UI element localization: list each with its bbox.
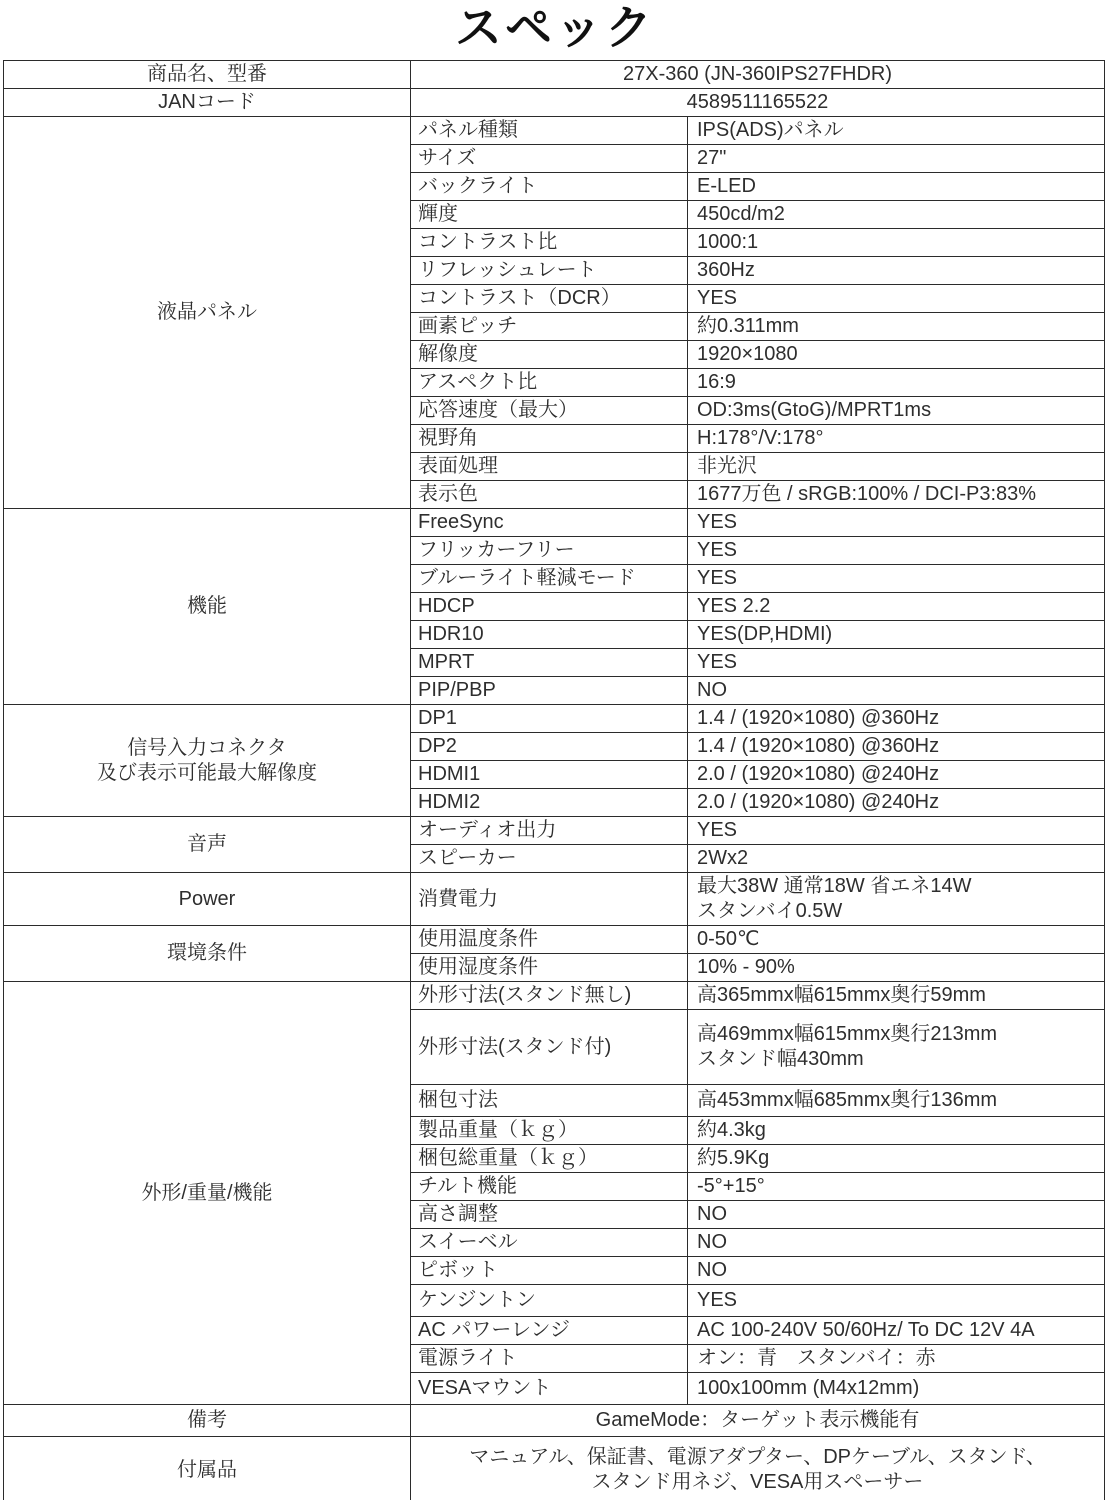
spec-name: 表示色 xyxy=(411,481,688,509)
spec-value: 100x100mm (M4x12mm) xyxy=(688,1373,1105,1405)
spec-value: 1.4 / (1920×1080) @360Hz xyxy=(688,705,1105,733)
page-title: スペック xyxy=(0,0,1110,60)
spec-value: 27" xyxy=(688,145,1105,173)
group-label-environment: 環境条件 xyxy=(4,926,411,982)
spec-sheet-page: スペック 商品名、型番 27X-360 (JN-360IPS27FHDR) JA… xyxy=(0,0,1110,1500)
spec-value: OD:3ms(GtoG)/MPRT1ms xyxy=(688,397,1105,425)
spec-value: 約0.311mm xyxy=(688,313,1105,341)
spec-value: 非光沢 xyxy=(688,453,1105,481)
spec-name: スイーベル xyxy=(411,1229,688,1257)
spec-name: 解像度 xyxy=(411,341,688,369)
spec-name: AC パワーレンジ xyxy=(411,1317,688,1345)
table-row: Power 消費電力 最大38W 通常18W 省エネ14W スタンバイ0.5W xyxy=(4,873,1105,926)
spec-value: IPS(ADS)パネル xyxy=(688,117,1105,145)
spec-value: H:178°/V:178° xyxy=(688,425,1105,453)
spec-name: 消費電力 xyxy=(411,873,688,926)
spec-name: バックライト xyxy=(411,173,688,201)
spec-name: PIP/PBP xyxy=(411,677,688,705)
spec-name: VESAマウント xyxy=(411,1373,688,1405)
group-label-power: Power xyxy=(4,873,411,926)
spec-value: 1.4 / (1920×1080) @360Hz xyxy=(688,733,1105,761)
group-label-audio: 音声 xyxy=(4,817,411,873)
info-label: 商品名、型番 xyxy=(4,61,411,89)
spec-value: 1920×1080 xyxy=(688,341,1105,369)
spec-value: AC 100-240V 50/60Hz/ To DC 12V 4A xyxy=(688,1317,1105,1345)
spec-name: 外形寸法(スタンド付) xyxy=(411,1010,688,1085)
spec-value: YES 2.2 xyxy=(688,593,1105,621)
spec-name: HDMI2 xyxy=(411,789,688,817)
table-row: 機能 FreeSync YES xyxy=(4,509,1105,537)
info-value: 27X-360 (JN-360IPS27FHDR) xyxy=(411,61,1105,89)
group-label-lcd-panel: 液晶パネル xyxy=(4,117,411,509)
group-label-dimensions: 外形/重量/機能 xyxy=(4,982,411,1405)
spec-value: 高469mmx幅615mmx奥行213mm スタンド幅430mm xyxy=(688,1010,1105,1085)
table-row: 音声 オーディオ出力 YES xyxy=(4,817,1105,845)
spec-value: 360Hz xyxy=(688,257,1105,285)
spec-name: 画素ピッチ xyxy=(411,313,688,341)
spec-value: YES xyxy=(688,565,1105,593)
spec-name: ケンジントン xyxy=(411,1285,688,1317)
spec-value: YES xyxy=(688,817,1105,845)
spec-name: 輝度 xyxy=(411,201,688,229)
spec-name: フリッカーフリー xyxy=(411,537,688,565)
spec-value: 16:9 xyxy=(688,369,1105,397)
spec-name: 視野角 xyxy=(411,425,688,453)
spec-name: 梱包総重量（ｋｇ） xyxy=(411,1145,688,1173)
spec-name: 高さ調整 xyxy=(411,1201,688,1229)
info-value: 4589511165522 xyxy=(411,89,1105,117)
spec-name: 梱包寸法 xyxy=(411,1085,688,1117)
spec-value: YES(DP,HDMI) xyxy=(688,621,1105,649)
spec-name: HDR10 xyxy=(411,621,688,649)
table-row: 液晶パネル パネル種類 IPS(ADS)パネル xyxy=(4,117,1105,145)
spec-value: E-LED xyxy=(688,173,1105,201)
spec-table: 商品名、型番 27X-360 (JN-360IPS27FHDR) JANコード … xyxy=(3,60,1105,1500)
table-row: JANコード 4589511165522 xyxy=(4,89,1105,117)
spec-value: 450cd/m2 xyxy=(688,201,1105,229)
spec-value: オン：青 スタンバイ：赤 xyxy=(688,1345,1105,1373)
accessories-label: 付属品 xyxy=(4,1437,411,1500)
spec-value: 高365mmx幅615mmx奥行59mm xyxy=(688,982,1105,1010)
spec-value: 高453mmx幅685mmx奥行136mm xyxy=(688,1085,1105,1117)
spec-value: NO xyxy=(688,1229,1105,1257)
spec-value: NO xyxy=(688,1201,1105,1229)
spec-name: リフレッシュレート xyxy=(411,257,688,285)
spec-value: 1000:1 xyxy=(688,229,1105,257)
spec-value: NO xyxy=(688,677,1105,705)
spec-value: 2.0 / (1920×1080) @240Hz xyxy=(688,761,1105,789)
spec-name: DP1 xyxy=(411,705,688,733)
notes-label: 備考 xyxy=(4,1405,411,1437)
spec-name: パネル種類 xyxy=(411,117,688,145)
group-label-signal-input: 信号入力コネクタ 及び表示可能最大解像度 xyxy=(4,705,411,817)
notes-value: GameMode：ターゲット表示機能有 xyxy=(411,1405,1105,1437)
spec-name: コントラスト比 xyxy=(411,229,688,257)
spec-value: YES xyxy=(688,649,1105,677)
spec-value: 2Wx2 xyxy=(688,845,1105,873)
spec-value: 約4.3kg xyxy=(688,1117,1105,1145)
spec-name: サイズ xyxy=(411,145,688,173)
spec-name: 表面処理 xyxy=(411,453,688,481)
accessories-value: マニュアル、保証書、電源アダプター、DPケーブル、スタンド、 スタンド用ネジ、V… xyxy=(411,1437,1105,1500)
spec-value: 10% - 90% xyxy=(688,954,1105,982)
spec-value: YES xyxy=(688,509,1105,537)
spec-name: スピーカー xyxy=(411,845,688,873)
spec-name: 外形寸法(スタンド無し) xyxy=(411,982,688,1010)
spec-name: 応答速度（最大） xyxy=(411,397,688,425)
spec-name: オーディオ出力 xyxy=(411,817,688,845)
spec-name: チルト機能 xyxy=(411,1173,688,1201)
spec-value: -5°+15° xyxy=(688,1173,1105,1201)
spec-name: DP2 xyxy=(411,733,688,761)
spec-value: 最大38W 通常18W 省エネ14W スタンバイ0.5W xyxy=(688,873,1105,926)
spec-value: 0-50℃ xyxy=(688,926,1105,954)
spec-name: コントラスト（DCR） xyxy=(411,285,688,313)
table-row: 商品名、型番 27X-360 (JN-360IPS27FHDR) xyxy=(4,61,1105,89)
spec-name: 使用湿度条件 xyxy=(411,954,688,982)
spec-name: 製品重量（ｋｇ） xyxy=(411,1117,688,1145)
spec-name: HDCP xyxy=(411,593,688,621)
spec-name: 使用温度条件 xyxy=(411,926,688,954)
spec-name: FreeSync xyxy=(411,509,688,537)
spec-name: 電源ライト xyxy=(411,1345,688,1373)
spec-value: NO xyxy=(688,1257,1105,1285)
spec-name: MPRT xyxy=(411,649,688,677)
spec-name: アスペクト比 xyxy=(411,369,688,397)
group-label-features: 機能 xyxy=(4,509,411,705)
spec-value: 1677万色 / sRGB:100% / DCI-P3:83% xyxy=(688,481,1105,509)
spec-name: ブルーライト軽減モード xyxy=(411,565,688,593)
table-row: 備考 GameMode：ターゲット表示機能有 xyxy=(4,1405,1105,1437)
spec-value: 2.0 / (1920×1080) @240Hz xyxy=(688,789,1105,817)
spec-name: HDMI1 xyxy=(411,761,688,789)
table-row: 環境条件 使用温度条件 0-50℃ xyxy=(4,926,1105,954)
table-row: 信号入力コネクタ 及び表示可能最大解像度 DP1 1.4 / (1920×108… xyxy=(4,705,1105,733)
table-row: 付属品 マニュアル、保証書、電源アダプター、DPケーブル、スタンド、 スタンド用… xyxy=(4,1437,1105,1500)
spec-value: YES xyxy=(688,537,1105,565)
spec-value: YES xyxy=(688,285,1105,313)
spec-value: YES xyxy=(688,1285,1105,1317)
spec-name: ピボット xyxy=(411,1257,688,1285)
info-label: JANコード xyxy=(4,89,411,117)
table-row: 外形/重量/機能 外形寸法(スタンド無し) 高365mmx幅615mmx奥行59… xyxy=(4,982,1105,1010)
spec-value: 約5.9Kg xyxy=(688,1145,1105,1173)
